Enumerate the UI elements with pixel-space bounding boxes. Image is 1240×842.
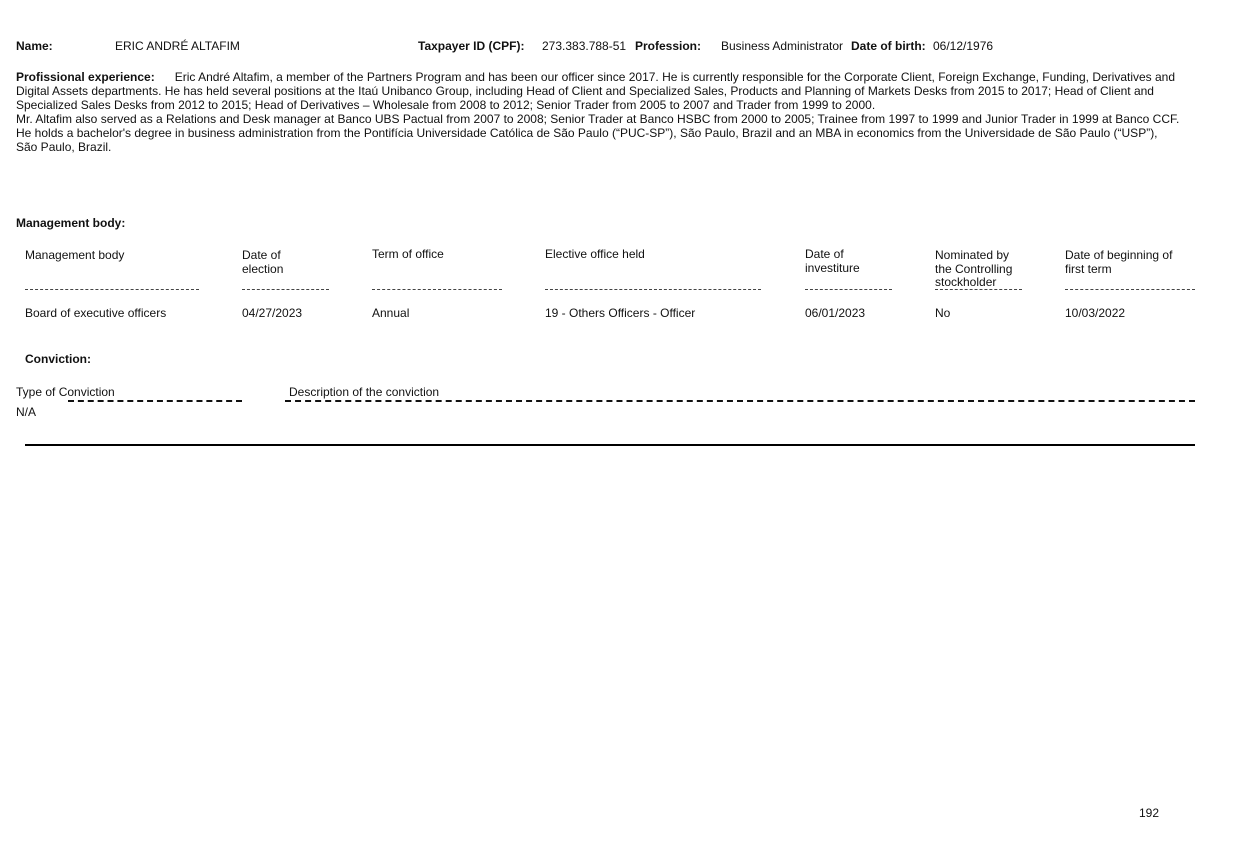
conviction-section-title: Conviction: [25,352,91,366]
column-divider [935,289,1022,290]
management-section-title: Management body: [16,216,125,230]
column-divider [25,289,199,290]
profession-label: Profession: [635,39,701,53]
column-divider [372,289,502,290]
experience-label: Profissional experience: [16,70,155,84]
conviction-description-header: Description of the conviction [289,385,439,399]
cell-elective-office: 19 - Others Officers - Officer [545,306,695,320]
name-label: Name: [16,39,53,53]
cell-management-body: Board of executive officers [25,306,166,320]
cell-nominated-by-controlling: No [935,306,950,320]
section-end-rule [25,444,1195,446]
experience-paragraph-3: He holds a bachelor's degree in business… [16,126,1181,154]
experience-paragraph-1: Profissional experience:Eric André Altaf… [16,70,1181,112]
column-divider [242,289,329,290]
profession-value: Business Administrator [721,39,843,53]
conviction-type-value: N/A [16,405,36,419]
column-header-elective-office: Elective office held [545,248,745,262]
column-divider [545,289,761,290]
name-value: ERIC ANDRÉ ALTAFIM [115,39,240,53]
conviction-type-divider [68,400,242,402]
dob-value: 06/12/1976 [933,39,993,53]
cpf-label: Taxpayer ID (CPF): [418,39,524,53]
experience-paragraph-2: Mr. Altafim also served as a Relations a… [16,112,1181,126]
cell-date-first-term: 10/03/2022 [1065,306,1125,320]
column-header-management-body: Management body [25,249,225,263]
conviction-description-divider [285,400,1195,402]
column-header-term-of-office: Term of office [372,248,522,262]
column-divider [805,289,892,290]
conviction-type-header: Type of Conviction [16,385,115,399]
cell-term-of-office: Annual [372,306,409,320]
column-header-date-of-investiture: Date of investiture [805,248,885,275]
column-header-date-first-term: Date of beginning of first term [1065,249,1175,276]
cell-date-of-election: 04/27/2023 [242,306,302,320]
experience-text-1: Eric André Altafim, a member of the Part… [16,70,1175,112]
cpf-value: 273.383.788-51 [542,39,626,53]
dob-label: Date of birth: [851,39,926,53]
column-header-nominated-by-controlling: Nominated by the Controlling stockholder [935,249,1025,290]
professional-experience: Profissional experience:Eric André Altaf… [16,70,1181,154]
column-divider [1065,289,1195,290]
page-number: 192 [1139,806,1159,820]
cell-date-of-investiture: 06/01/2023 [805,306,865,320]
column-header-date-of-election: Date of election [242,249,312,276]
